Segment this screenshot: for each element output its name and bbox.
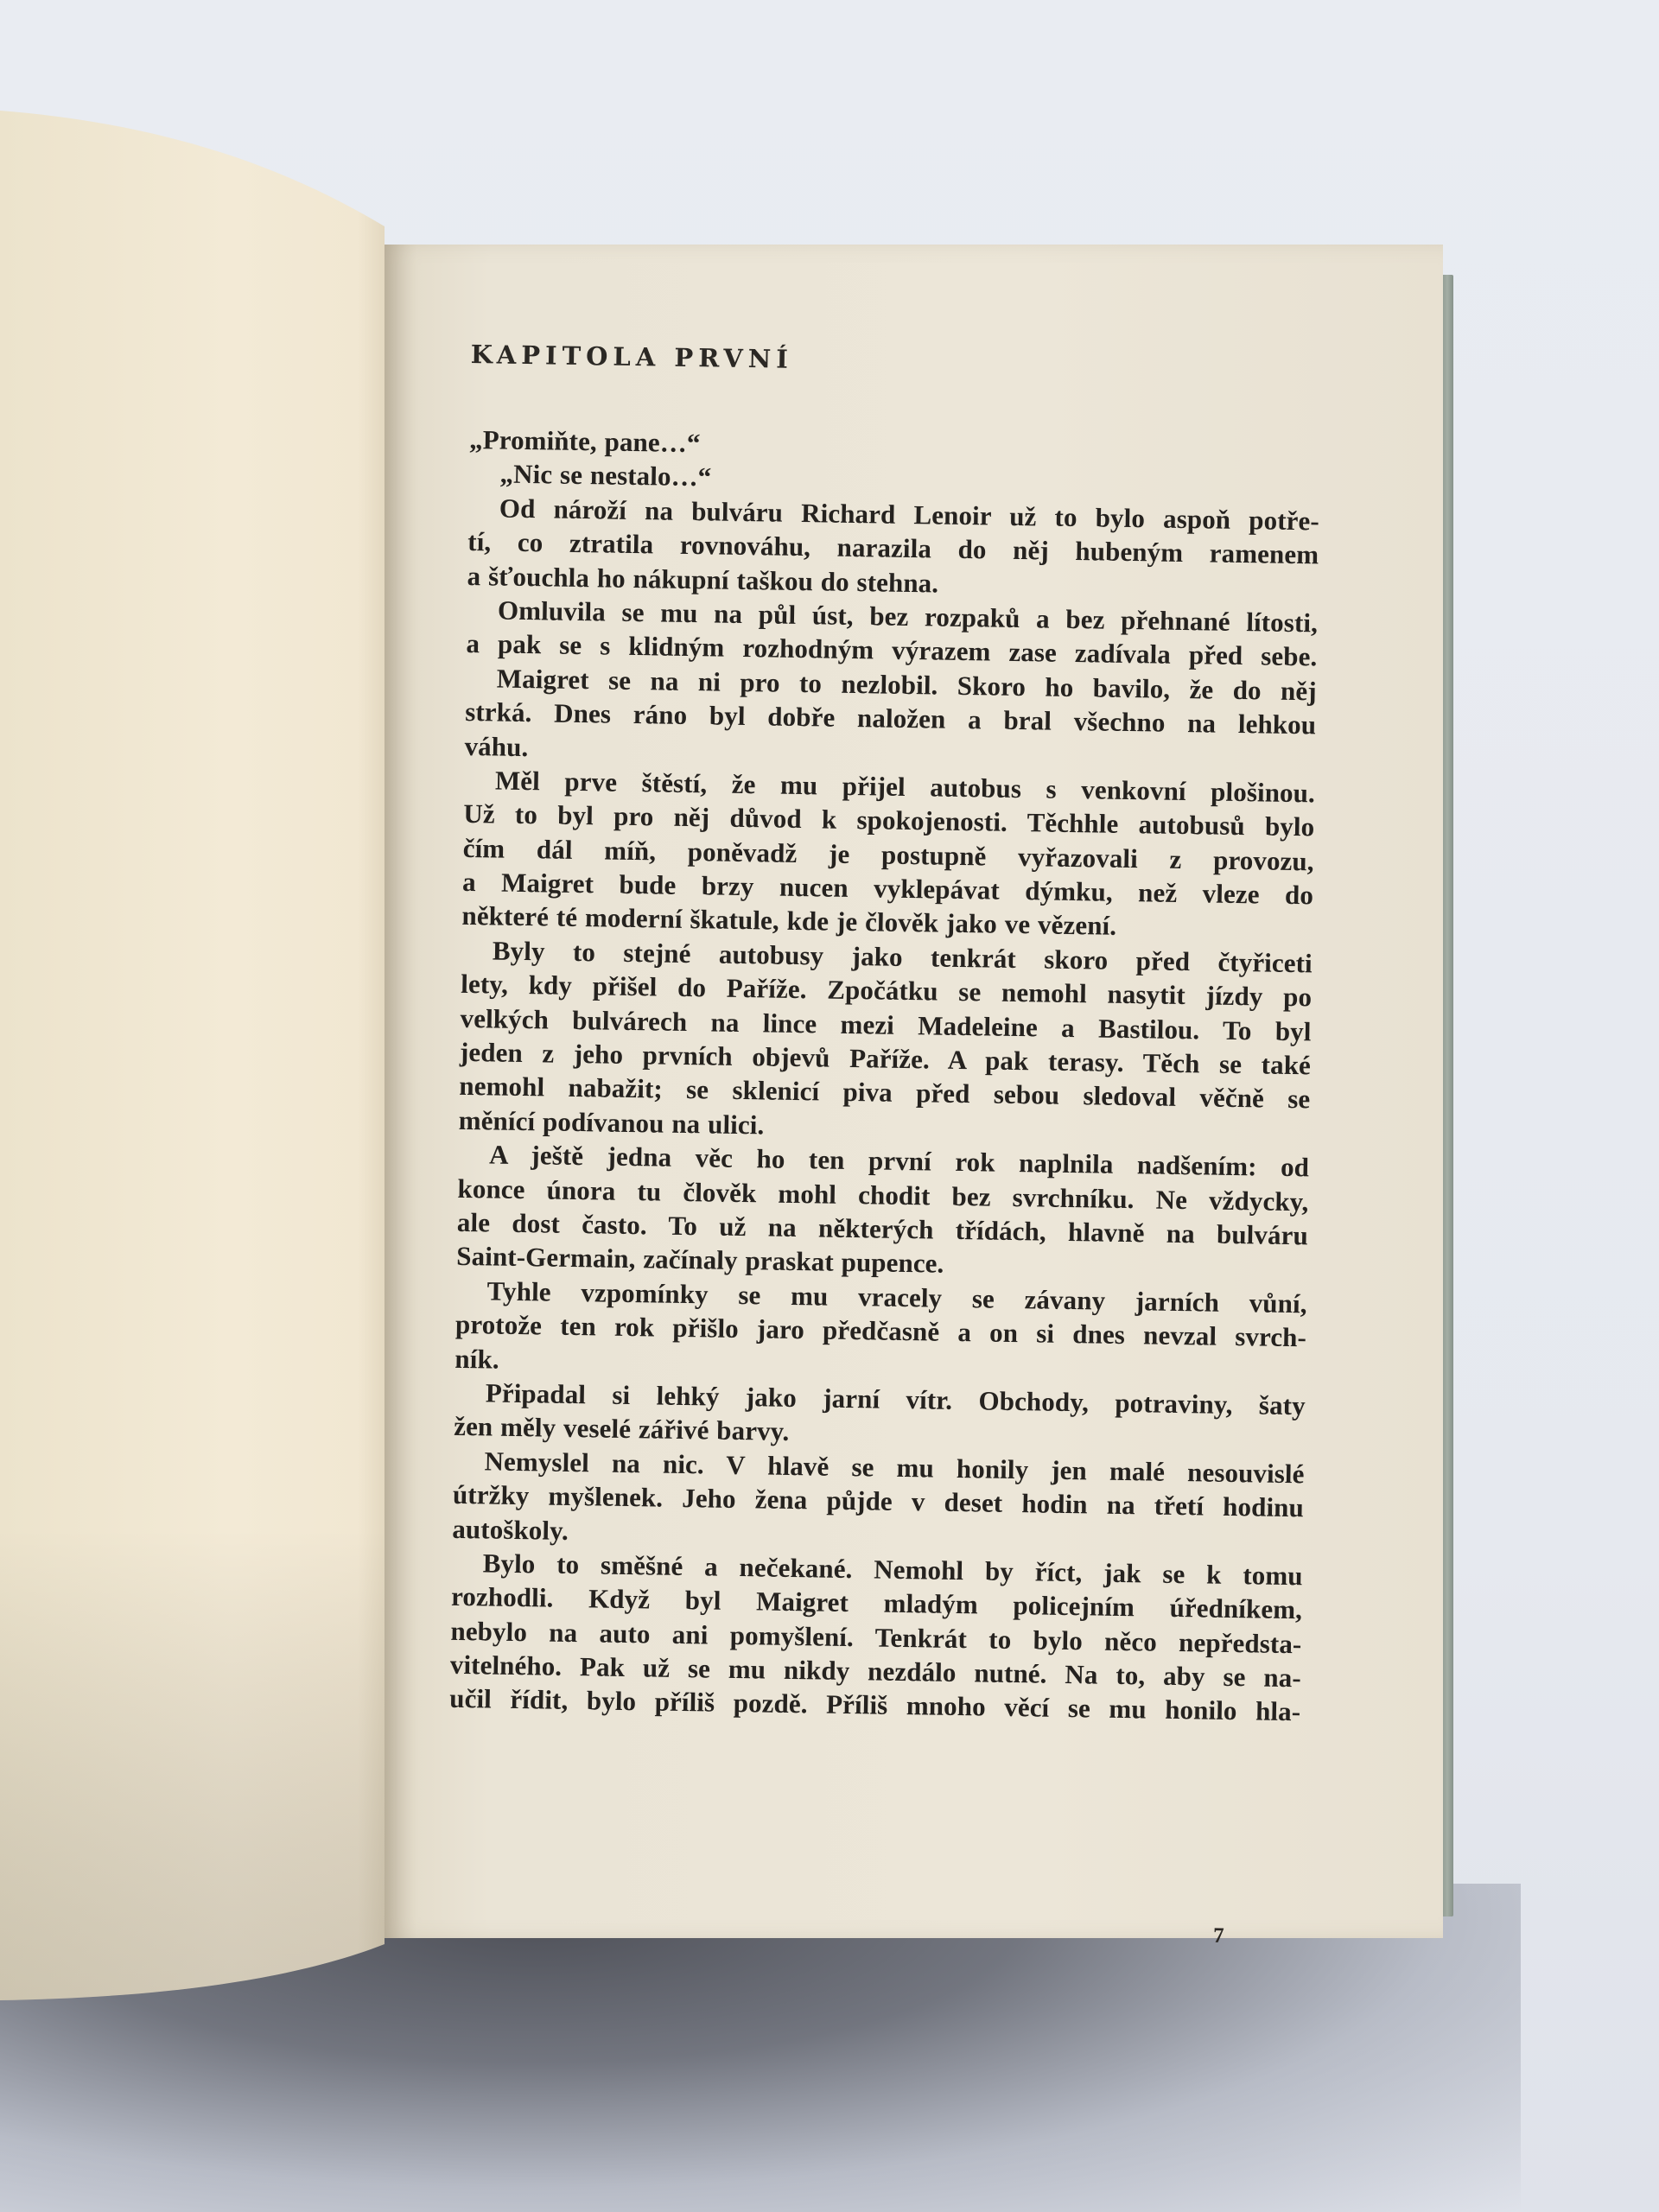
paragraph-lines: „Promiňte, pane…“„Nic se nestalo…“Od nár… xyxy=(449,423,1320,1729)
right-page: KAPITOLA PRVNÍ „Promiňte, pane…“„Nic se … xyxy=(385,245,1443,1938)
left-page-shape xyxy=(0,0,397,2212)
page-text-block: KAPITOLA PRVNÍ „Promiňte, pane…“„Nic se … xyxy=(449,340,1322,1729)
book-cover-edge xyxy=(1441,275,1453,1916)
chapter-title: KAPITOLA PRVNÍ xyxy=(470,340,1321,382)
page-number: 7 xyxy=(1213,1924,1224,1948)
photo-scene: KAPITOLA PRVNÍ „Promiňte, pane…“„Nic se … xyxy=(0,0,1659,2212)
left-page xyxy=(0,0,385,2212)
